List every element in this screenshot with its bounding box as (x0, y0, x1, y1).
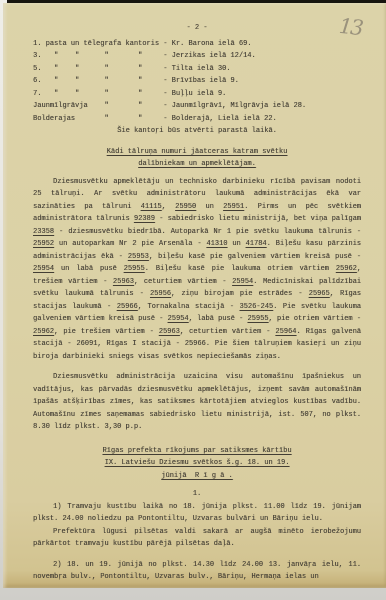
text-run: , pie otriem vārtiem - (268, 315, 361, 323)
prefect-order-heading: Rīgas prefekta rīkojums par satiksmes kā… (33, 445, 361, 483)
text-line: 3. " " " " - Jerzikas ielā 12/14. (33, 50, 361, 63)
text-line: dalībniekam un apmeklētājam. (33, 158, 361, 171)
text-run: - dziesmusvētku biedrībā. Autoparkā Nr 1… (54, 228, 361, 236)
text-run: un labā pusē (54, 265, 124, 273)
phone-number: 25954 (33, 265, 54, 273)
phone-number: 25966 (117, 303, 138, 311)
phone-number: 25962 (336, 265, 357, 273)
phone-number: 41115 (141, 203, 162, 211)
text-run: un (227, 240, 245, 248)
order-item-number: 1. (33, 488, 361, 501)
phone-number: 25950 (175, 203, 196, 211)
telephones-heading: Kādi tālruņa numuri jāatceras katram svē… (33, 146, 361, 171)
text-run: un autoparkam Nr 2 pie Arsenāla - (54, 240, 206, 248)
typewritten-content: - 2 - 1. pasta un tēlegrafa kantoris - K… (33, 22, 361, 584)
text-run: . Biļešu kasē pie laukuma otriem vārtiem (145, 265, 336, 273)
prefecture-request-paragraph: Prefektūra lūgusi pilsētas valdi sakarā … (33, 526, 361, 551)
phone-number: 25953 (128, 253, 149, 261)
post-offices-footer: Šie kantoŗi būs atvērti parastā laikā. (33, 125, 361, 138)
document-paper: 13 - 2 - 1. pasta un tēlegrafa kantoris … (3, 3, 386, 588)
phone-number: 92389 (134, 215, 155, 223)
text-run: , ceturtiem vārtiem - (134, 278, 232, 286)
phone-number: 25963 (159, 328, 180, 336)
text-line: Kādi tālruņa numuri jāatceras katram svē… (33, 146, 361, 159)
text-line: Rīgas prefekta rīkojums par satiksmes kā… (33, 445, 361, 458)
text-line: 6. " " " " - Brīvības ielā 9. (33, 75, 361, 88)
text-run: , Tornakalna stacijā - (138, 303, 240, 311)
text-run: , (162, 203, 175, 211)
text-run: , biļešu kasē pie galveniem vārtiem krei… (149, 253, 361, 261)
text-line: jūnijā R ī g ā . (33, 470, 361, 483)
page-number: - 2 - (33, 22, 361, 35)
telephones-paragraph: Dziesmusvētku apmeklētāju un technisko d… (33, 176, 361, 364)
phone-number: 25954 (168, 315, 189, 323)
text-run: , ziņu birojam pie estrādes - (171, 290, 309, 298)
phone-number: 25951 (223, 203, 244, 211)
phone-number: 25965 (309, 290, 330, 298)
text-line: Jaunmīlgrāvja " " - Jaunmīlgrāvī, Mīlgrā… (33, 100, 361, 113)
text-run: - sabiedrisko lietu ministrijā, bet viņa… (155, 215, 361, 223)
post-offices-list: 1. pasta un tēlegrafa kantoris - Kr. Bar… (33, 38, 361, 126)
text-run: , labā pusē - (189, 315, 248, 323)
phone-number: 25955 (124, 265, 145, 273)
text-run: un (196, 203, 223, 211)
phone-number: 25964 (275, 328, 296, 336)
street-closure-paragraph: 2) 18. un 19. jūnijā no plkst. 14.30 līd… (33, 559, 361, 584)
text-run: , pie trešiem vārtiem - (54, 328, 159, 336)
car-signs-paragraph: Dziesmusvētku administrācija uzaicina vi… (33, 371, 361, 434)
phone-number: 41784 (246, 240, 267, 248)
text-line: IX. Latviešu Dziesmu svētkos š.g. 18. un… (33, 457, 361, 470)
phone-number: 3526-245 (239, 303, 273, 311)
phone-number: 25955 (247, 315, 268, 323)
text-line: Bolderajas " " - Bolderajā, Lielā ielā 2… (33, 113, 361, 126)
tram-restriction-paragraph: 1) Tramvaju kustību laikā no 18. jūnija … (33, 501, 361, 526)
text-line: 7. " " " " - Buļļu ielā 9. (33, 88, 361, 101)
phone-number: 25952 (33, 240, 54, 248)
phone-number: 25962 (33, 328, 54, 336)
phone-number: 23358 (33, 228, 54, 236)
phone-number: 25956 (150, 290, 171, 298)
text-run: , ceturtiem vārtiem - (180, 328, 276, 336)
text-line: 5. " " " " - Tilta ielā 30. (33, 63, 361, 76)
text-line: 1. pasta un tēlegrafa kantoris - Kr. Bar… (33, 38, 361, 51)
phone-number: 25954 (232, 278, 253, 286)
phone-number: 41310 (206, 240, 227, 248)
phone-number: 25963 (113, 278, 134, 286)
